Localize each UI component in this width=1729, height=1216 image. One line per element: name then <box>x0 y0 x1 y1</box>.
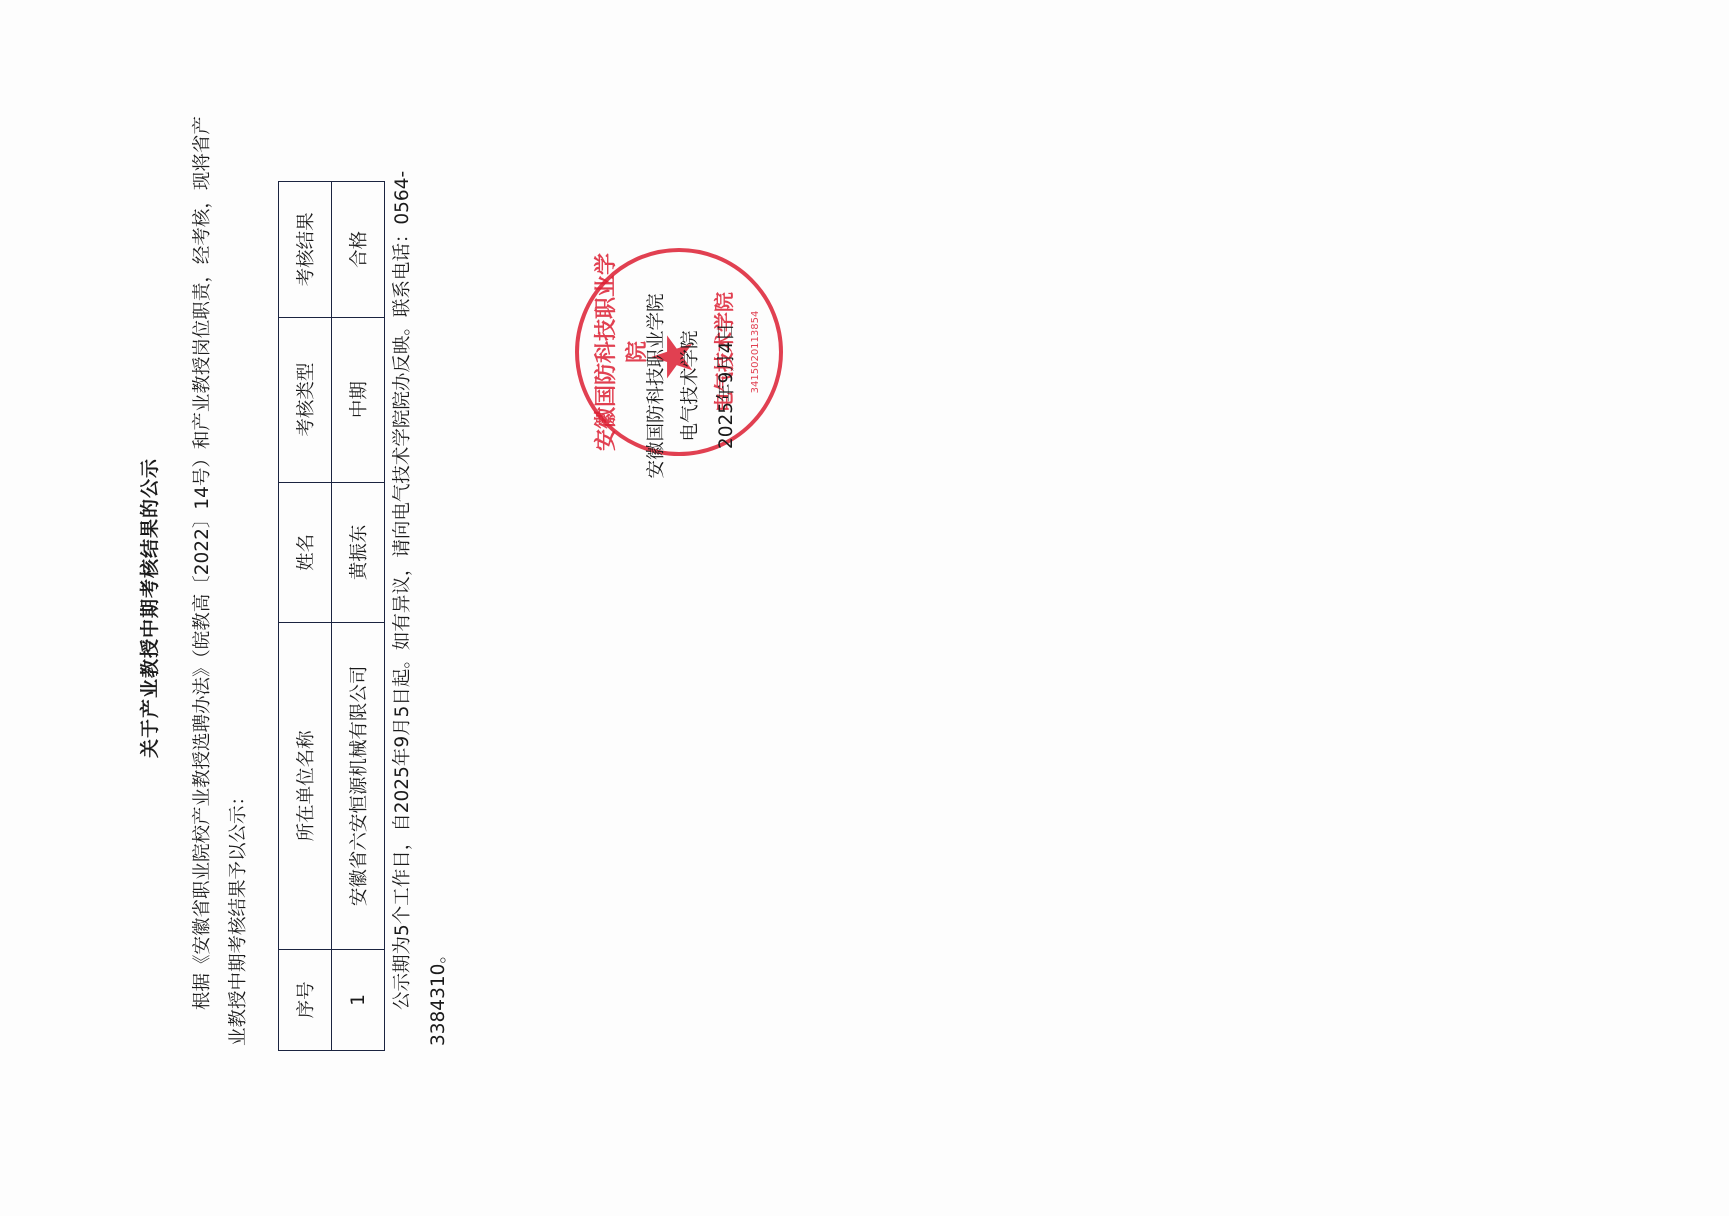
header-name: 姓名 <box>279 482 332 622</box>
result-table: 序号 所在单位名称 姓名 考核类型 考核结果 1 安徽省六安恒源机械有限公司 黄… <box>278 181 385 1051</box>
document-page: 关于产业教授中期考核结果的公示 根据《安徽省职业院校产业教授选聘办法》（皖教高〔… <box>0 0 1729 1216</box>
table-row: 1 安徽省六安恒源机械有限公司 黄振东 中期 合格 <box>332 182 385 1051</box>
cell-result: 合格 <box>332 182 385 318</box>
cell-type: 中期 <box>332 317 385 482</box>
header-company: 所在单位名称 <box>279 623 332 950</box>
cell-name: 黄振东 <box>332 482 385 622</box>
document-title: 关于产业教授中期考核结果的公示 <box>135 0 162 1216</box>
intro-paragraph: 根据《安徽省职业院校产业教授选聘办法》（皖教高〔2022〕14号）和产业教授岗位… <box>185 116 257 1046</box>
header-index: 序号 <box>279 949 332 1050</box>
header-type: 考核类型 <box>279 317 332 482</box>
notice-paragraph: 公示期为5个工作日，自2025年9月5日起。如有异议，请向电气技术学院院办反映。… <box>385 116 457 1046</box>
signature-org: 安徽国防科技职业学院 <box>640 256 674 516</box>
signature-date: 2025年9月4日 <box>710 256 744 516</box>
stamp-code: 3415020113854 <box>750 252 761 452</box>
cell-company: 安徽省六安恒源机械有限公司 <box>332 623 385 950</box>
header-result: 考核结果 <box>279 182 332 318</box>
cell-index: 1 <box>332 949 385 1050</box>
signature-dept: 电气技术学院 <box>674 256 708 516</box>
table-header-row: 序号 所在单位名称 姓名 考核类型 考核结果 <box>279 182 332 1051</box>
